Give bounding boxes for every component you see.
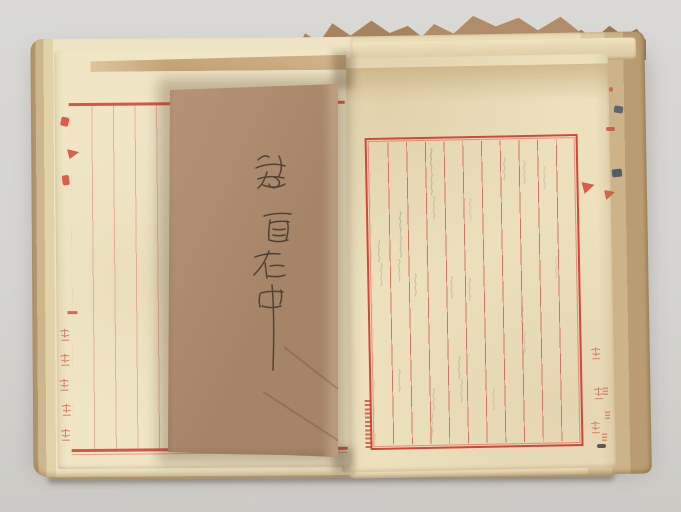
handwritten-char-chu [259,285,283,370]
red-edge-glyph [605,410,610,419]
red-tab-mark [581,182,594,194]
handwritten-char-zu [256,156,285,188]
kraft-envelope [164,78,342,460]
red-edge-glyph [602,432,607,441]
photo-of-open-notebook: 図面在中 三・四 大阪… 明… Open notebook of red-rul… [0,0,681,512]
right-margin-marks [334,53,616,472]
red-edge-mark [606,127,615,131]
left-edge-imprint [54,51,82,469]
envelope-label-handwriting [164,78,342,460]
blue-edge-mark [614,105,624,113]
handwritten-char-men [264,213,291,241]
blue-edge-mark [612,168,623,177]
left-page-top-band [90,55,346,72]
dark-edge-mark [597,444,606,448]
handwritten-char-zai [254,251,285,278]
right-page [334,53,616,472]
red-edge-mark [609,87,613,92]
red-edge-glyph [603,386,608,395]
